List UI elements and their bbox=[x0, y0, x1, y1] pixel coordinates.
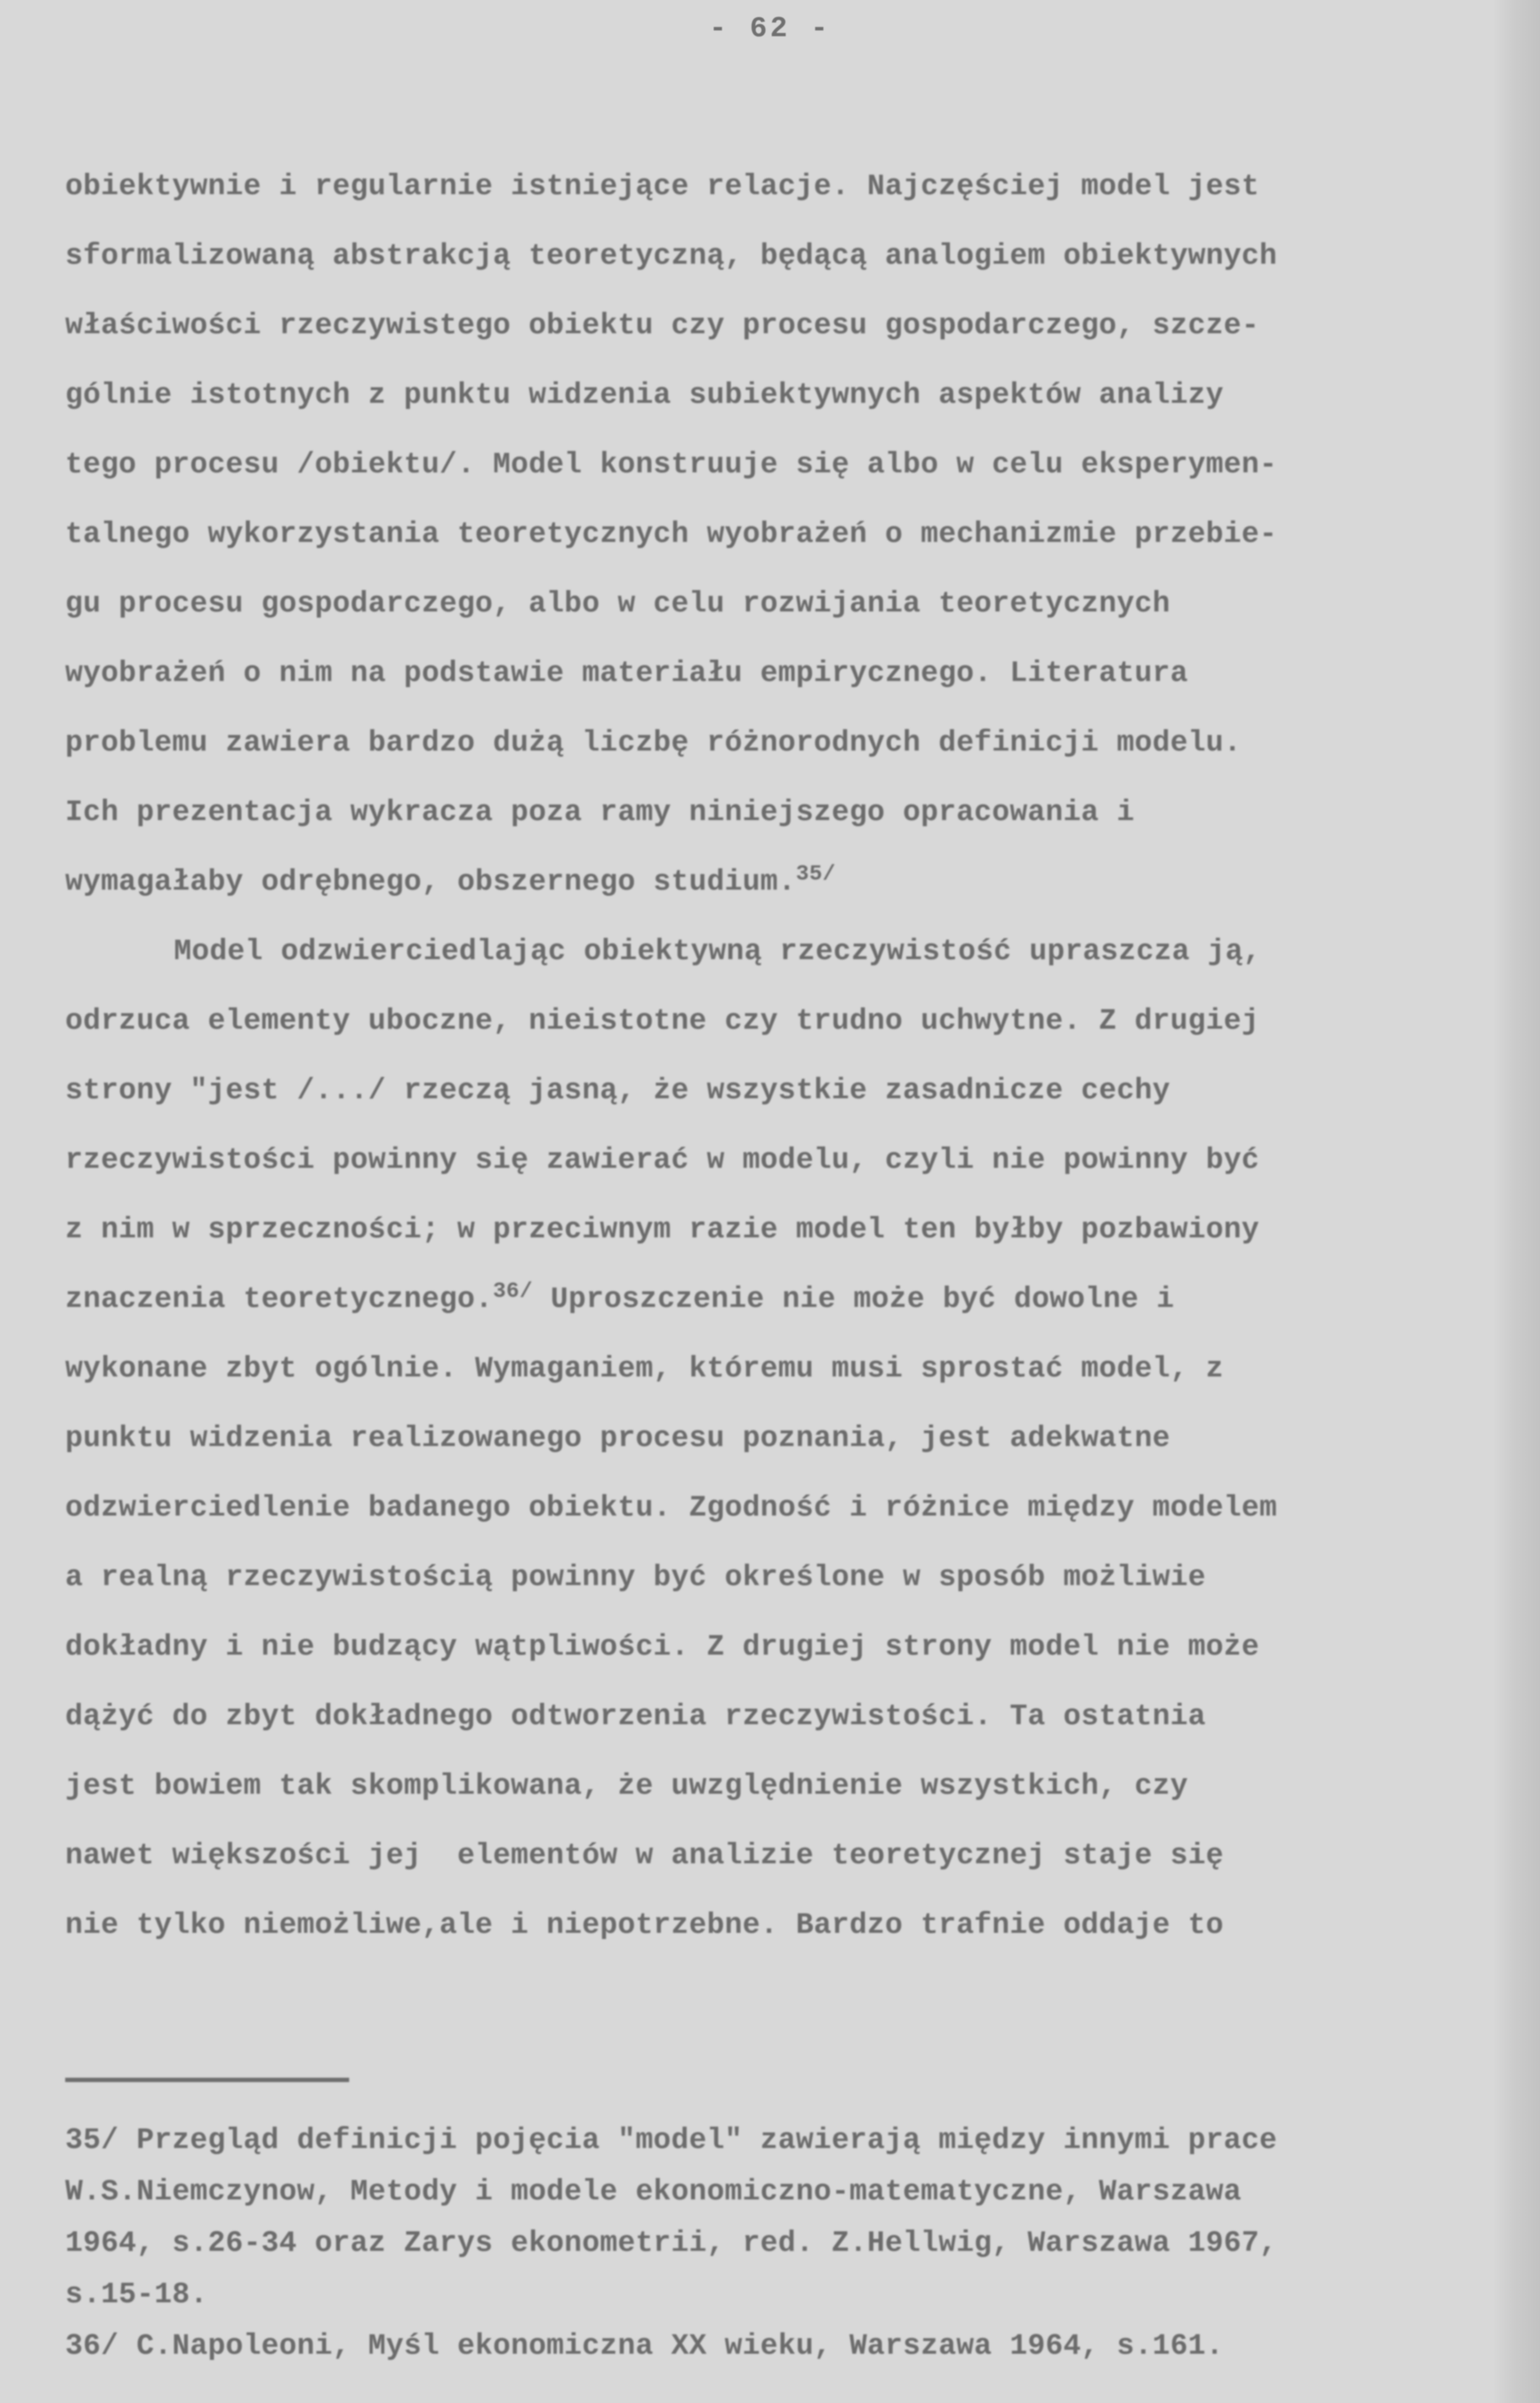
text-line: wyobrażeń o nim na podstawie materiału e… bbox=[65, 639, 1540, 709]
footnote-reference-36[interactable]: 36/ bbox=[493, 1279, 533, 1304]
text-line: problemu zawiera bardzo dużą liczbę różn… bbox=[65, 709, 1540, 778]
footnote-35-line: W.S.Niemczynow, Metody i modele ekonomic… bbox=[65, 2167, 1540, 2218]
text-segment: Uproszczenie nie może być dowolne i bbox=[532, 1283, 1174, 1316]
text-line: wymagałaby odrębnego, obszernego studium… bbox=[65, 848, 1540, 917]
text-line: nie tylko niemożliwe,ale i niepotrzebne.… bbox=[65, 1891, 1540, 1960]
text-line: jest bowiem tak skomplikowana, że uwzglę… bbox=[65, 1752, 1540, 1821]
text-line: strony "jest /.../ rzeczą jasną, że wszy… bbox=[65, 1056, 1540, 1126]
text-line: a realną rzeczywistością powinny być okr… bbox=[65, 1543, 1540, 1613]
text-line: punktu widzenia realizowanego procesu po… bbox=[65, 1404, 1540, 1474]
text-line: wykonane zbyt ogólnie. Wymaganiem, które… bbox=[65, 1334, 1540, 1404]
footnotes: 35/ Przegląd definicji pojęcia "model" z… bbox=[65, 2115, 1540, 2373]
text-line: sformalizowaną abstrakcją teoretyczną, b… bbox=[65, 222, 1540, 291]
text-line: z nim w sprzeczności; w przeciwnym razie… bbox=[65, 1195, 1540, 1265]
text-line: nawet większości jej elementów w analizi… bbox=[65, 1821, 1540, 1891]
text-line: właściwości rzeczywistego obiektu czy pr… bbox=[65, 291, 1540, 361]
text-line: dążyć do zbyt dokładnego odtworzenia rze… bbox=[65, 1682, 1540, 1752]
body-text: obiektywnie i regularnie istniejące rela… bbox=[65, 152, 1540, 1960]
footnote-35-line: 1964, s.26-34 oraz Zarys ekonometrii, re… bbox=[65, 2218, 1540, 2270]
text-segment: znaczenia teoretycznego. bbox=[65, 1283, 493, 1316]
text-line: rzeczywistości powinny się zawierać w mo… bbox=[65, 1126, 1540, 1195]
text-line: dokładny i nie budzący wątpliwości. Z dr… bbox=[65, 1613, 1540, 1682]
text-segment: wymagałaby odrębnego, obszernego studium… bbox=[65, 866, 796, 899]
page-number: - 62 - bbox=[0, 13, 1540, 46]
text-line: obiektywnie i regularnie istniejące rela… bbox=[65, 152, 1540, 222]
text-line: odzwierciedlenie badanego obiektu. Zgodn… bbox=[65, 1474, 1540, 1543]
text-line: gólnie istotnych z punktu widzenia subie… bbox=[65, 361, 1540, 430]
footnote-separator bbox=[65, 2078, 349, 2082]
footnote-reference-35[interactable]: 35/ bbox=[796, 862, 836, 887]
text-line: odrzuca elementy uboczne, nieistotne czy… bbox=[65, 987, 1540, 1056]
text-line: gu procesu gospodarczego, albo w celu ro… bbox=[65, 569, 1540, 639]
footnote-35-line: 35/ Przegląd definicji pojęcia "model" z… bbox=[65, 2115, 1540, 2167]
footnote-36-line: 36/ C.Napoleoni, Myśl ekonomiczna XX wie… bbox=[65, 2321, 1540, 2373]
footnote-35-line: s.15-18. bbox=[65, 2270, 1540, 2321]
text-line: talnego wykorzystania teoretycznych wyob… bbox=[65, 500, 1540, 569]
document-page: - 62 - obiektywnie i regularnie istnieją… bbox=[0, 0, 1540, 2403]
paragraph-first-line: Model odzwierciedlając obiektywną rzeczy… bbox=[65, 917, 1540, 987]
text-line: Ich prezentacja wykracza poza ramy ninie… bbox=[65, 778, 1540, 848]
text-line: tego procesu /obiektu/. Model konstruuje… bbox=[65, 430, 1540, 500]
text-line: znaczenia teoretycznego.36/ Uproszczenie… bbox=[65, 1265, 1540, 1334]
